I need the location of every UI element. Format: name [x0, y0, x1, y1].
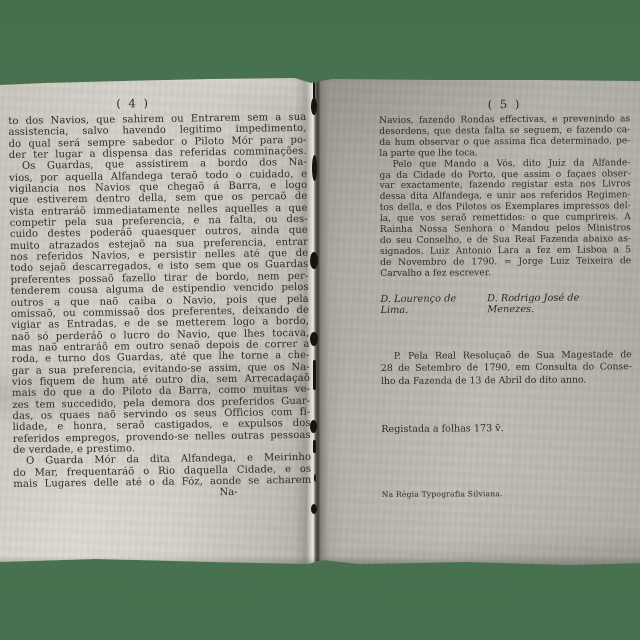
stitch-mark [314, 474, 316, 482]
text-line: Carvalho a fez escrever. [380, 267, 631, 280]
text-line: da hum observar o que assima fica determ… [379, 136, 630, 149]
stitch-mark [311, 98, 317, 115]
page-number-right: ( 5 ) [379, 96, 630, 113]
registration-note: Registada a folhas 173 ṽ. [381, 422, 632, 435]
stitch-mark [311, 504, 317, 514]
text-line: de Novembro de 1790. = Jorge Luiz Teixei… [380, 256, 631, 269]
book-spread: ( 4 ) to dos Navios, que sahirem ou Entr… [0, 76, 640, 566]
signature-rodrigo-de-menezes: D. Rodrigo José de Menezes. [487, 292, 629, 315]
right-page-text-block: ( 5 ) Navios, fazendo Rondas effectivas,… [379, 96, 633, 499]
left-page-body: to dos Navios, que sahirem ou Entrarem s… [8, 112, 311, 490]
stitch-mark [310, 420, 317, 433]
paper-bottom-shadow [0, 556, 640, 566]
stitch-mark [312, 155, 317, 181]
text-line: lho da Fazenda de 13 de Abril do dito an… [381, 374, 632, 389]
imprint-line: Na Régia Typografia Silviana. [382, 488, 633, 499]
signatures-row: D. Lourenço de Lima. D. Rodrigo José de … [380, 292, 631, 316]
text-line: 28 de Setembro de 1790, em Consulta do C… [381, 362, 632, 377]
stitch-mark [310, 252, 318, 269]
stitch-mark [310, 332, 318, 346]
right-page-paragraph-3: P. Pela Real Resoluçaõ de Sua Magestade … [381, 349, 632, 389]
left-page-text-block: ( 4 ) to dos Navios, que sahirem ou Entr… [8, 94, 312, 502]
stitch-mark [313, 440, 316, 453]
right-page-paragraph-2: Pelo que Mando a Vós, dito Juiz da Alfan… [379, 158, 631, 280]
stitch-mark [313, 360, 316, 390]
signature-lourenco-de-lima: D. Lourenço de Lima. [380, 293, 487, 316]
right-page-paragraph-1: Navios, fazendo Rondas effectivas, e pre… [379, 114, 630, 159]
photo-background: ( 4 ) to dos Navios, que sahirem ou Entr… [0, 0, 640, 640]
page-number-left: ( 4 ) [0, 94, 282, 113]
